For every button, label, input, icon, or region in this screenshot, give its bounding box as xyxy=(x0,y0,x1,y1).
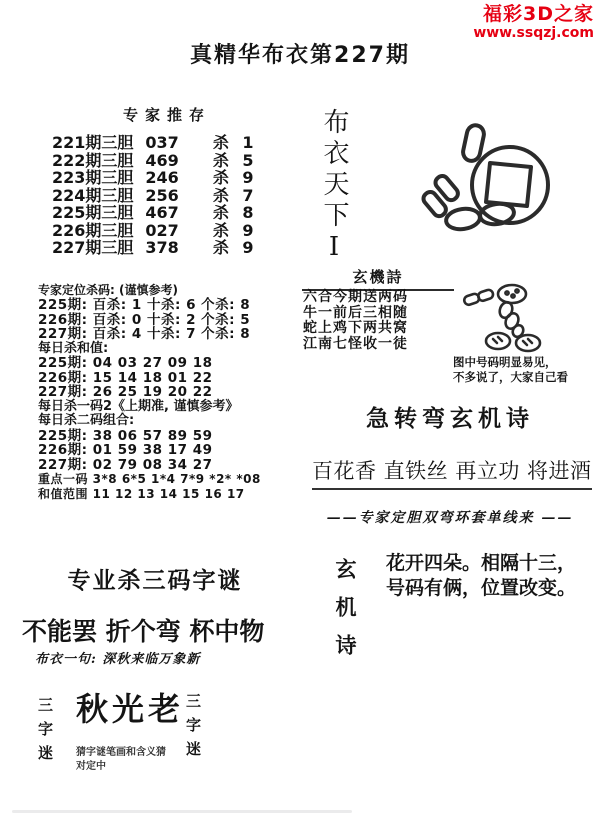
three-char-word: 秋光老 xyxy=(76,684,184,730)
site-logo: 福彩3D之家 www.ssqzj.com xyxy=(473,4,594,41)
site-brand: 福彩3D之家 xyxy=(473,4,594,25)
mystic-poem: 六合今期送两码 牛一前后三相随 蛇上鸡下两共窝 江南七怪收一徒 xyxy=(303,290,408,352)
expert-recommend-section: 专家推存 221期三胆 037 杀 1 222期三胆 469 杀 5 223期三… xyxy=(52,104,282,257)
one-code-kill-heading: 每日杀一码2《上期准, 谨慎参考》 xyxy=(38,400,261,415)
issue-label: 222期三胆 xyxy=(52,152,133,170)
table-row: 227期三胆 378 杀 9 xyxy=(52,239,282,257)
kill-number: 杀 5 xyxy=(213,152,258,170)
table-row: 222期三胆 469 杀 5 xyxy=(52,152,282,170)
xuanji-vertical-label: 玄机诗 xyxy=(330,558,360,672)
two-code-kill-row: 226期: 01 59 38 17 49 xyxy=(38,443,261,458)
kill-number: 杀 9 xyxy=(213,169,258,187)
kill-number: 杀 9 xyxy=(213,222,258,240)
sum-kill-row: 227期: 26 25 19 20 22 xyxy=(38,385,261,400)
coin-chain-sketch-icon xyxy=(456,281,551,353)
issue-label: 221期三胆 xyxy=(52,134,133,152)
spool-coin-sketch-icon xyxy=(415,113,550,238)
spool-coin-sketch xyxy=(415,113,550,238)
turn-poem-line: 百花香 直铁丝 再立功 将进酒 xyxy=(312,455,592,490)
dan-numbers: 469 xyxy=(145,152,178,170)
mystic-poem-line: 六合今期送两码 xyxy=(303,290,408,306)
riddle-heading: 专业杀三码字谜 xyxy=(25,562,285,595)
riddle-line: 不能罢 折个弯 杯中物 xyxy=(22,612,332,648)
mystic-poem-line: 蛇上鸡下两共窝 xyxy=(303,321,408,337)
sum-kill-heading: 每日杀和值: xyxy=(38,342,261,357)
position-kill-row: 225期: 百杀: 1 十杀: 6 个杀: 8 xyxy=(38,298,261,313)
issue-label: 226期三胆 xyxy=(52,222,133,240)
coin-chain-sketch xyxy=(456,281,551,353)
table-row: 225期三胆 467 杀 8 xyxy=(52,204,282,222)
dan-numbers: 256 xyxy=(145,187,178,205)
kill-number: 杀 1 xyxy=(213,134,258,152)
mystic-poem-line: 江南七怪收一徒 xyxy=(303,337,408,353)
dan-numbers: 027 xyxy=(145,222,178,240)
two-code-kill-row: 227期: 02 79 08 34 27 xyxy=(38,458,261,473)
sum-kill-row: 226期: 15 14 18 01 22 xyxy=(38,371,261,386)
table-row: 221期三胆 037 杀 1 xyxy=(52,134,282,152)
two-code-kill-heading: 每日杀二码组合: xyxy=(38,414,261,429)
kill-number: 杀 9 xyxy=(213,239,258,257)
kill-numbers-section: 专家定位杀码: (谨慎参考) 225期: 百杀: 1 十杀: 6 个杀: 8 2… xyxy=(38,283,261,501)
sketch-caption-line2: 不多说了，大家自己看 xyxy=(453,370,568,385)
three-char-label-right: 三字迷 xyxy=(183,693,204,765)
mystic-poem-line: 牛一前后三相随 xyxy=(303,306,408,322)
table-row: 226期三胆 027 杀 9 xyxy=(52,222,282,240)
kill-number: 杀 7 xyxy=(213,187,258,205)
issue-label: 225期三胆 xyxy=(52,204,133,222)
three-char-note-line2: 对定中 xyxy=(76,757,106,772)
two-code-kill-row: 225期: 38 06 57 89 59 xyxy=(38,429,261,444)
table-row: 224期三胆 256 杀 7 xyxy=(52,187,282,205)
dan-numbers: 246 xyxy=(145,169,178,187)
dan-numbers: 037 xyxy=(145,134,178,152)
issue-label: 224期三胆 xyxy=(52,187,133,205)
buyi-sentence: 布衣一句: 深秋来临万象新 xyxy=(35,648,200,667)
position-kill-heading: 专家定位杀码: (谨慎参考) xyxy=(38,283,261,298)
xuanji-poem-line2: 号码有俩，位置改变。 xyxy=(386,573,576,600)
three-char-note-line1: 猜字谜笔画和含义猜 xyxy=(76,743,166,758)
kill-number: 杀 8 xyxy=(213,204,258,222)
buyi-tipsheet-page: 福彩3D之家 www.ssqzj.com 真精华布衣第227期 专家推存 221… xyxy=(0,0,600,838)
page-title: 真精华布衣第227期 xyxy=(0,38,600,69)
sketch-caption-line1: 图中号码明显易见， xyxy=(453,355,568,370)
sum-range-line: 和值范围 11 12 13 14 15 16 17 xyxy=(38,487,261,502)
position-kill-row: 227期: 百杀: 4 十杀: 7 个杀: 8 xyxy=(38,327,261,342)
dan-numbers: 378 xyxy=(145,239,178,257)
expert-recommend-heading: 专家推存 xyxy=(52,104,282,125)
key-one-code-line: 重点一码 3*8 6*5 1*4 7*9 *2* *08 xyxy=(38,472,261,487)
buyi-tianxia-vertical-title: 布衣天下I xyxy=(316,108,353,267)
sketch-caption: 图中号码明显易见， 不多说了，大家自己看 xyxy=(453,355,568,384)
table-row: 223期三胆 246 杀 9 xyxy=(52,169,282,187)
issue-label: 227期三胆 xyxy=(52,239,133,257)
three-char-label-left: 三字迷 xyxy=(35,697,56,769)
sum-kill-row: 225期: 04 03 27 09 18 xyxy=(38,356,261,371)
mystic-poem-heading: 玄機詩 xyxy=(302,266,454,291)
issue-label: 223期三胆 xyxy=(52,169,133,187)
position-kill-row: 226期: 百杀: 0 十杀: 2 个杀: 5 xyxy=(38,313,261,328)
expert-dingdan-divider: ——专家定胆双弯环套单线来 —— xyxy=(300,507,600,527)
scan-smudge-artifact xyxy=(12,810,352,813)
xuanji-poem-line1: 花开四朵。相隔十三， xyxy=(386,548,576,575)
dan-numbers: 467 xyxy=(145,204,178,222)
turn-poem-heading: 急转弯玄机诗 xyxy=(300,400,600,433)
